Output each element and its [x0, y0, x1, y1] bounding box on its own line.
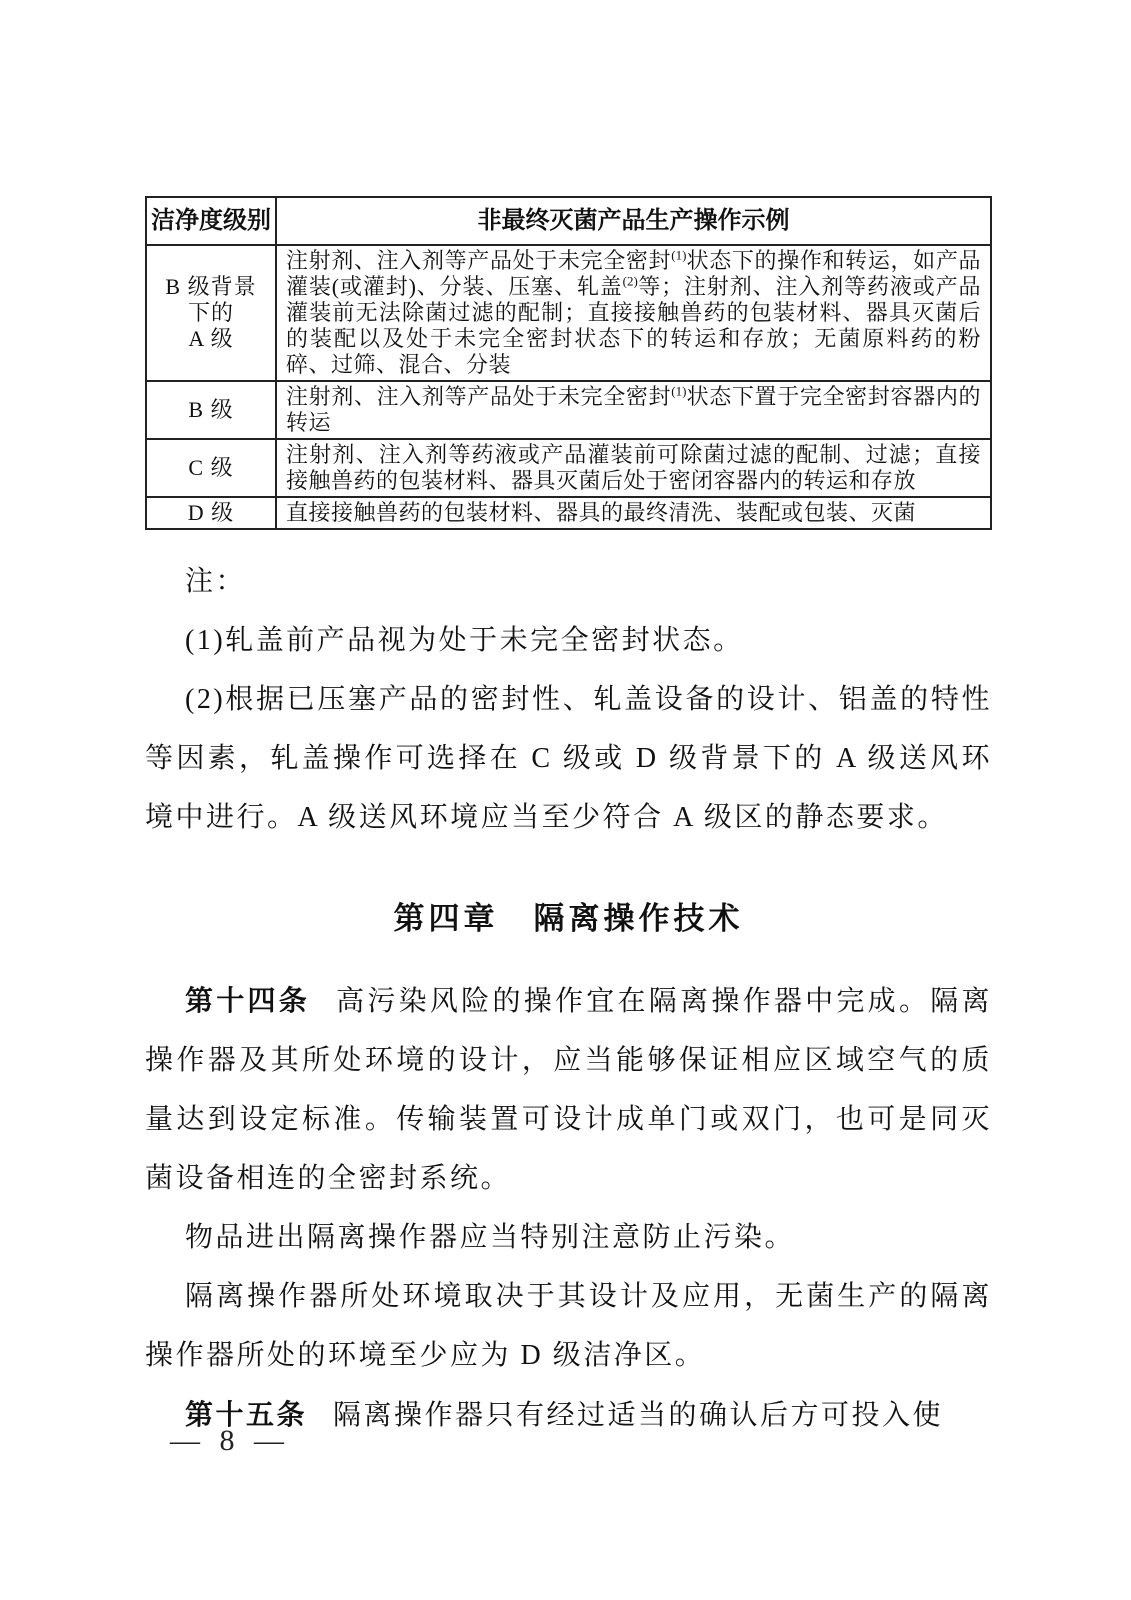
- articles-section: 第十四条高污染风险的操作宜在隔离操作器中完成。隔离操作器及其所处环境的设计，应当…: [145, 971, 992, 1445]
- article-14-paragraph-2-text: 物品进出隔离操作器应当特别注意防止污染。: [185, 1222, 795, 1253]
- table-row: B 级注射剂、注入剂等产品处于未完全密封(1)状态下置于完全密封容器内的转运: [146, 381, 991, 439]
- grade-cell: C 级: [146, 439, 276, 497]
- article-14-paragraph-3-text: 隔离操作器所处环境取决于其设计及应用，无菌生产的隔离操作器所处的环境至少应为 D…: [145, 1281, 992, 1371]
- page-content: 洁净度级别 非最终灭菌产品生产操作示例 B 级背景下的A 级注射剂、注入剂等产品…: [0, 0, 1131, 1445]
- table-header-examples: 非最终灭菌产品生产操作示例: [276, 197, 991, 245]
- table-row: C 级注射剂、注入剂等药液或产品灌装前可除菌过滤的配制、过滤；直接接触兽药的包装…: [146, 439, 991, 497]
- grade-cell: B 级背景下的A 级: [146, 245, 276, 381]
- operation-examples-cell: 直接接触兽药的包装材料、器具的最终清洗、装配或包装、灭菌: [276, 497, 991, 529]
- note-item-2: (2)根据已压塞产品的密封性、轧盖设备的设计、铝盖的特性等因素，轧盖操作可选择在…: [145, 670, 992, 847]
- cleanliness-grade-table: 洁净度级别 非最终灭菌产品生产操作示例 B 级背景下的A 级注射剂、注入剂等产品…: [145, 196, 992, 530]
- table-row: B 级背景下的A 级注射剂、注入剂等产品处于未完全密封(1)状态下的操作和转运，…: [146, 245, 991, 381]
- operation-examples-cell: 注射剂、注入剂等药液或产品灌装前可除菌过滤的配制、过滤；直接接触兽药的包装材料、…: [276, 439, 991, 497]
- article-14-paragraph-2: 物品进出隔离操作器应当特别注意防止污染。: [145, 1208, 992, 1267]
- page-number: — 8 —: [170, 1424, 290, 1458]
- note-item-1: (1)轧盖前产品视为处于未完全密封状态。: [145, 611, 992, 670]
- table-header-row: 洁净度级别 非最终灭菌产品生产操作示例: [146, 197, 991, 245]
- article-14-paragraph: 第十四条高污染风险的操作宜在隔离操作器中完成。隔离操作器及其所处环境的设计，应当…: [145, 971, 992, 1208]
- table-row: D 级直接接触兽药的包装材料、器具的最终清洗、装配或包装、灭菌: [146, 497, 991, 529]
- article-14-label: 第十四条: [185, 985, 310, 1016]
- document-page: 洁净度级别 非最终灭菌产品生产操作示例 B 级背景下的A 级注射剂、注入剂等产品…: [0, 0, 1131, 1600]
- article-14-paragraph-3: 隔离操作器所处环境取决于其设计及应用，无菌生产的隔离操作器所处的环境至少应为 D…: [145, 1267, 992, 1385]
- grade-cell: B 级: [146, 381, 276, 439]
- operation-examples-cell: 注射剂、注入剂等产品处于未完全密封(1)状态下的操作和转运，如产品灌装(或灌封)…: [276, 245, 991, 381]
- article-15-text: 隔离操作器只有经过适当的确认后方可投入使: [333, 1400, 943, 1431]
- article-14-text: 高污染风险的操作宜在隔离操作器中完成。隔离操作器及其所处环境的设计，应当能够保证…: [145, 986, 992, 1194]
- notes-title: 注：: [145, 552, 992, 611]
- grade-cell: D 级: [146, 497, 276, 529]
- table-header-grade: 洁净度级别: [146, 197, 276, 245]
- table-body: B 级背景下的A 级注射剂、注入剂等产品处于未完全密封(1)状态下的操作和转运，…: [146, 245, 991, 529]
- operation-examples-cell: 注射剂、注入剂等产品处于未完全密封(1)状态下置于完全密封容器内的转运: [276, 381, 991, 439]
- chapter-heading: 第四章 隔离操作技术: [145, 867, 992, 971]
- notes-section: 注： (1)轧盖前产品视为处于未完全密封状态。 (2)根据已压塞产品的密封性、轧…: [145, 552, 992, 847]
